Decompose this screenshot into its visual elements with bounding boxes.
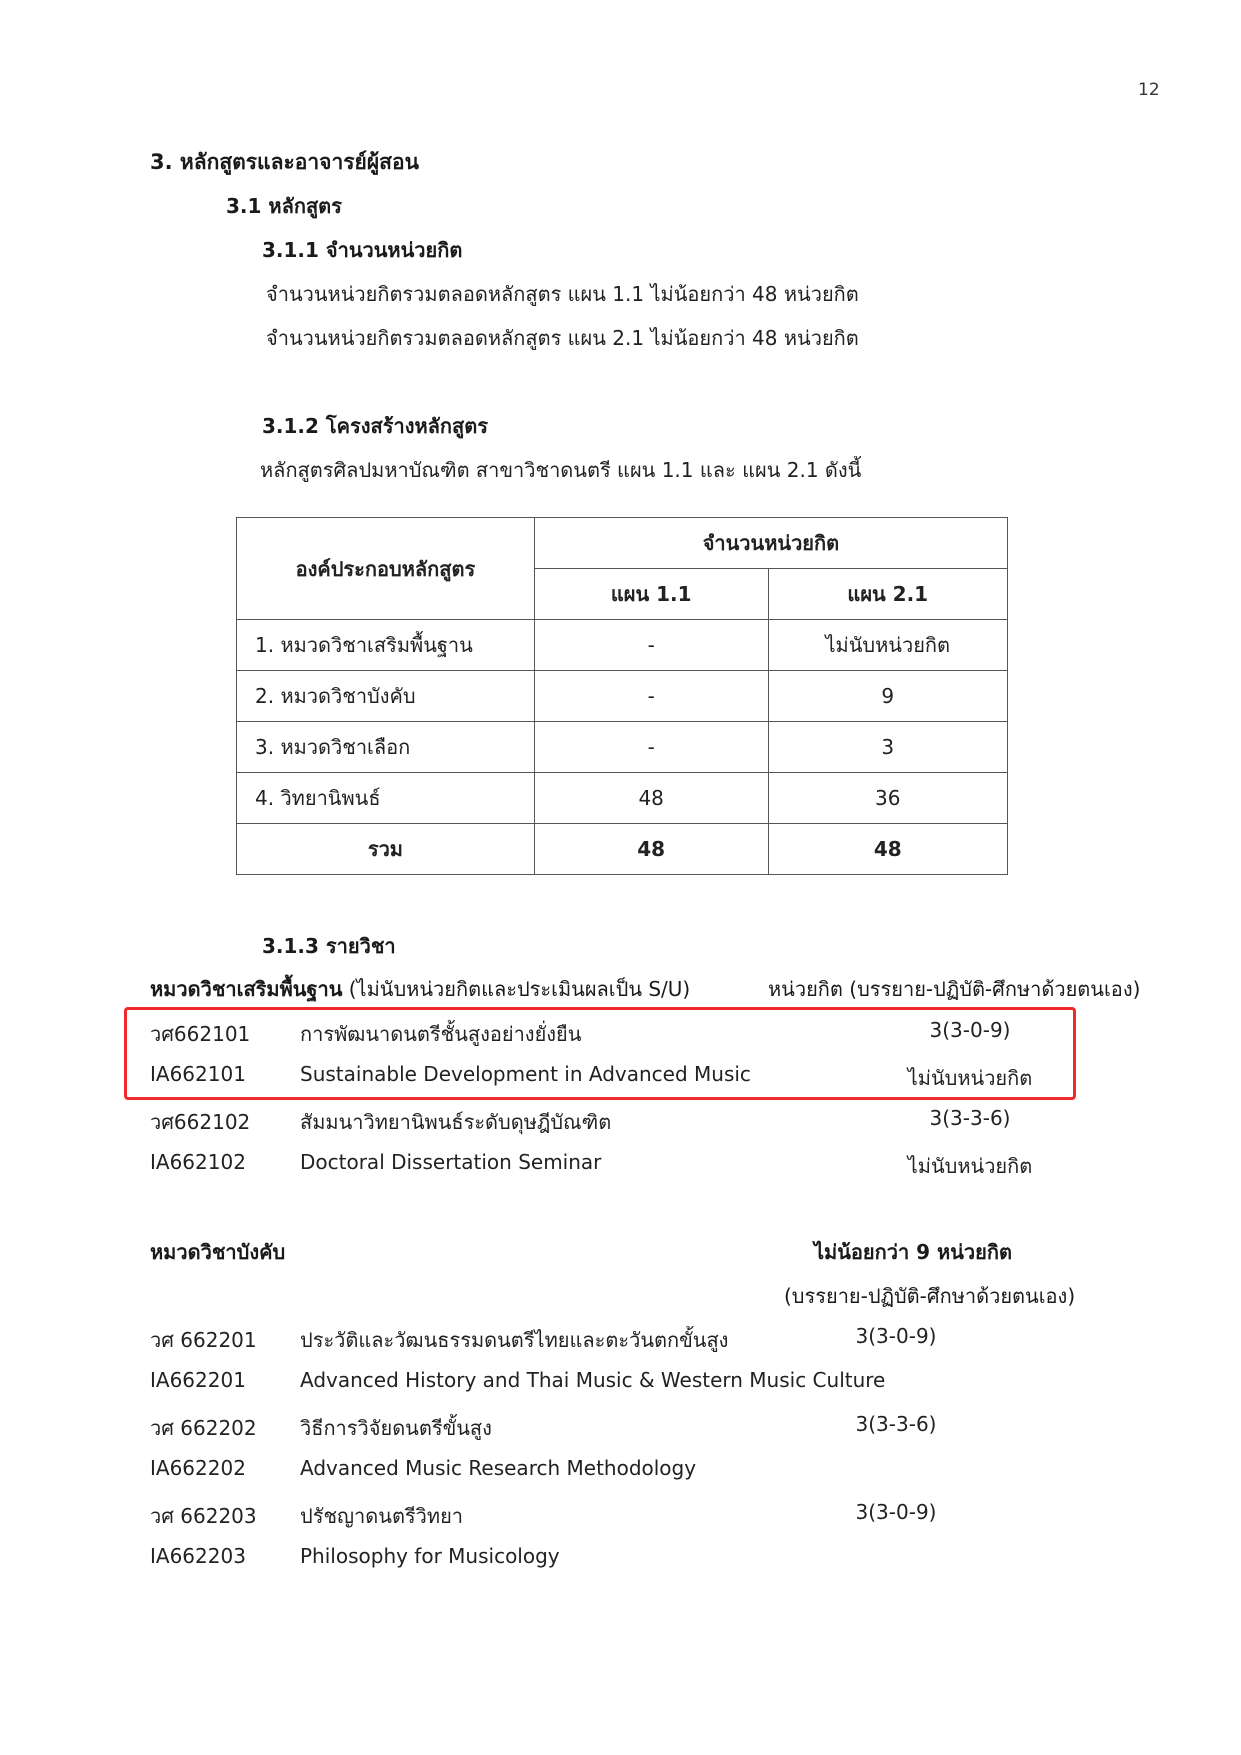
row-plan-2-1: 9 (768, 671, 1007, 722)
red-highlight-box (124, 1007, 1076, 1100)
structure-intro: หลักสูตรศิลปมหาบัณฑิต สาขาวิชาดนตรี แผน … (260, 454, 861, 486)
table-row: 4. วิทยานิพนธ์ 48 36 (237, 773, 1008, 824)
course-code: วศ 662202 (150, 1412, 257, 1444)
course-name: วิธีการวิจัยดนตรีขั้นสูง (300, 1412, 492, 1444)
section-heading: 3. หลักสูตรและอาจารย์ผู้สอน (150, 146, 419, 179)
table-row: 2. หมวดวิชาบังคับ - 9 (237, 671, 1008, 722)
course-name: Advanced Music Research Methodology (300, 1456, 696, 1480)
row-component: 3. หมวดวิชาเลือก (237, 722, 535, 773)
required-category-heading: หมวดวิชาบังคับ (150, 1236, 285, 1268)
credits-line-plan-1-1: จำนวนหน่วยกิตรวมตลอดหลักสูตร แผน 1.1 ไม่… (266, 278, 859, 310)
course-code: IA662203 (150, 1544, 246, 1568)
page-number: 12 (1138, 80, 1160, 100)
row-plan-1-1: - (534, 671, 768, 722)
table-total-row: รวม 48 48 (237, 824, 1008, 875)
row-plan-1-1: - (534, 620, 768, 671)
course-row: วศ662102 สัมมนาวิทยานิพนธ์ระดับดุษฎีบัณฑ… (150, 1106, 1080, 1146)
course-row: วศ 662201 ประวัติและวัฒนธรรมดนตรีไทยและต… (150, 1324, 1080, 1364)
row-component: 4. วิทยานิพนธ์ (237, 773, 535, 824)
row-component: 2. หมวดวิชาบังคับ (237, 671, 535, 722)
row-plan-2-1: 3 (768, 722, 1007, 773)
course-code: วศ662102 (150, 1106, 250, 1138)
foundation-note: (ไม่นับหน่วยกิตและประเมินผลเป็น S/U) (342, 977, 690, 1001)
credits-heading: 3.1.1 จำนวนหน่วยกิต (262, 234, 462, 266)
table-row: 3. หมวดวิชาเลือก - 3 (237, 722, 1008, 773)
row-plan-1-1: - (534, 722, 768, 773)
course-name: ปรัชญาดนตรีวิทยา (300, 1500, 463, 1532)
header-credits: จำนวนหน่วยกิต (534, 518, 1007, 569)
subsection-heading: 3.1 หลักสูตร (226, 190, 342, 222)
row-plan-1-1: 48 (534, 773, 768, 824)
course-code: IA662201 (150, 1368, 246, 1392)
total-plan-1-1: 48 (534, 824, 768, 875)
course-row: วศ 662202 วิธีการวิจัยดนตรีขั้นสูง 3(3-3… (150, 1412, 1080, 1452)
foundation-credit-header: หน่วยกิต (บรรยาย-ปฏิบัติ-ศึกษาด้วยตนเอง) (768, 973, 1140, 1005)
course-credit: 3(3-3-6) (786, 1412, 1006, 1436)
course-code: IA662102 (150, 1150, 246, 1174)
courses-heading: 3.1.3 รายวิชา (262, 930, 396, 962)
course-credit: ไม่นับหน่วยกิต (860, 1150, 1080, 1182)
header-plan-2-1: แผน 2.1 (768, 569, 1007, 620)
course-credit: 3(3-3-6) (860, 1106, 1080, 1130)
foundation-title: หมวดวิชาเสริมพื้นฐาน (150, 977, 342, 1001)
course-code: IA662202 (150, 1456, 246, 1480)
course-name: Philosophy for Musicology (300, 1544, 560, 1568)
course-row: IA662201 Advanced History and Thai Music… (150, 1368, 1080, 1408)
course-row: วศ 662203 ปรัชญาดนตรีวิทยา 3(3-0-9) (150, 1500, 1080, 1540)
course-code: วศ 662201 (150, 1324, 257, 1356)
course-credit: 3(3-0-9) (786, 1500, 1006, 1524)
required-credit-header: (บรรยาย-ปฏิบัติ-ศึกษาด้วยตนเอง) (784, 1280, 1075, 1312)
course-code: วศ 662203 (150, 1500, 257, 1532)
course-name: ประวัติและวัฒนธรรมดนตรีไทยและตะวันตกขั้น… (300, 1324, 728, 1356)
course-row: IA662202 Advanced Music Research Methodo… (150, 1456, 1080, 1496)
table-row: 1. หมวดวิชาเสริมพื้นฐาน - ไม่นับหน่วยกิต (237, 620, 1008, 671)
course-row: IA662102 Doctoral Dissertation Seminar ไ… (150, 1150, 1080, 1190)
row-plan-2-1: 36 (768, 773, 1007, 824)
required-credit-total: ไม่น้อยกว่า 9 หน่วยกิต (814, 1236, 1012, 1268)
table-header-row: องค์ประกอบหลักสูตร จำนวนหน่วยกิต (237, 518, 1008, 569)
row-component: 1. หมวดวิชาเสริมพื้นฐาน (237, 620, 535, 671)
course-credit: 3(3-0-9) (786, 1324, 1006, 1348)
foundation-category-heading: หมวดวิชาเสริมพื้นฐาน (ไม่นับหน่วยกิตและป… (150, 973, 690, 1005)
total-label: รวม (237, 824, 535, 875)
header-plan-1-1: แผน 1.1 (534, 569, 768, 620)
course-row: IA662203 Philosophy for Musicology (150, 1544, 1080, 1584)
curriculum-structure-table: องค์ประกอบหลักสูตร จำนวนหน่วยกิต แผน 1.1… (236, 517, 1008, 875)
course-name: สัมมนาวิทยานิพนธ์ระดับดุษฎีบัณฑิต (300, 1106, 611, 1138)
total-plan-2-1: 48 (768, 824, 1007, 875)
course-name: Advanced History and Thai Music & Wester… (300, 1368, 885, 1392)
row-plan-2-1: ไม่นับหน่วยกิต (768, 620, 1007, 671)
structure-heading: 3.1.2 โครงสร้างหลักสูตร (262, 410, 488, 442)
header-component: องค์ประกอบหลักสูตร (237, 518, 535, 620)
course-name: Doctoral Dissertation Seminar (300, 1150, 601, 1174)
credits-line-plan-2-1: จำนวนหน่วยกิตรวมตลอดหลักสูตร แผน 2.1 ไม่… (266, 322, 859, 354)
